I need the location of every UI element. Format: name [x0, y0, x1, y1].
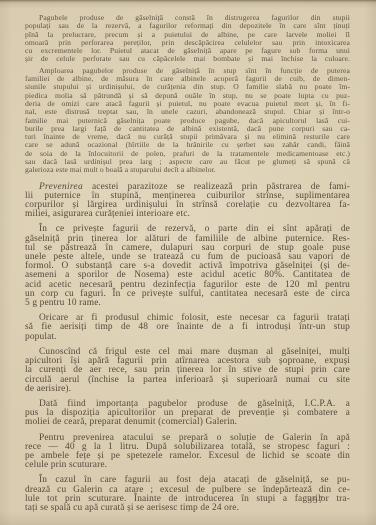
text-line: tați se spală cu apă curată și se aerise…	[25, 504, 350, 513]
paragraph: Oricare ar fi produsul chimic folosit, e…	[25, 314, 350, 342]
paragraph: Pagubele produse de găselniță constă în …	[25, 14, 350, 64]
text-line: miliei, asigurarea curățeniei interioare…	[25, 210, 350, 219]
text-block: Pagubele produse de găselniță constă în …	[0, 0, 376, 513]
text-line: șir de celule perforate sau cu căpăcelel…	[25, 55, 350, 63]
page-number: 357	[308, 495, 325, 505]
text-line: 5 g pentru 10 rame.	[25, 299, 350, 308]
paragraph: Amploarea pagubelor produse de găselniță…	[25, 67, 350, 175]
scanned-page: Pagubele produse de găselniță constă în …	[0, 0, 376, 525]
text-line: de aerisire).	[25, 385, 350, 394]
paragraph: În cazul în care fagurii au fost deja at…	[25, 476, 350, 513]
text-line: celule prin scuturare.	[25, 461, 350, 470]
text-line: galerioza este mai mult o boală a stupar…	[25, 166, 350, 174]
text-line: circulă aerul (închise la partea inferio…	[25, 376, 350, 385]
text-line: moliei de ceară, preparat denumit (comer…	[25, 418, 350, 427]
paragraph: Prevenirea acestei parazitoze se realize…	[25, 183, 350, 220]
paragraph: În ce privește fagurii de rezervă, o par…	[25, 225, 350, 308]
paragraph: Cunoscînd că frigul este cel mai mare du…	[25, 348, 350, 394]
paragraph: Dată fiind importanța pagubelor produse …	[25, 400, 350, 428]
paragraph: Pentru prevenirea atacului se prepară o …	[25, 434, 350, 471]
text-line: să fie aerisiți timp de 48 ore înainte d…	[25, 323, 350, 332]
text-line: populat.	[25, 333, 350, 342]
